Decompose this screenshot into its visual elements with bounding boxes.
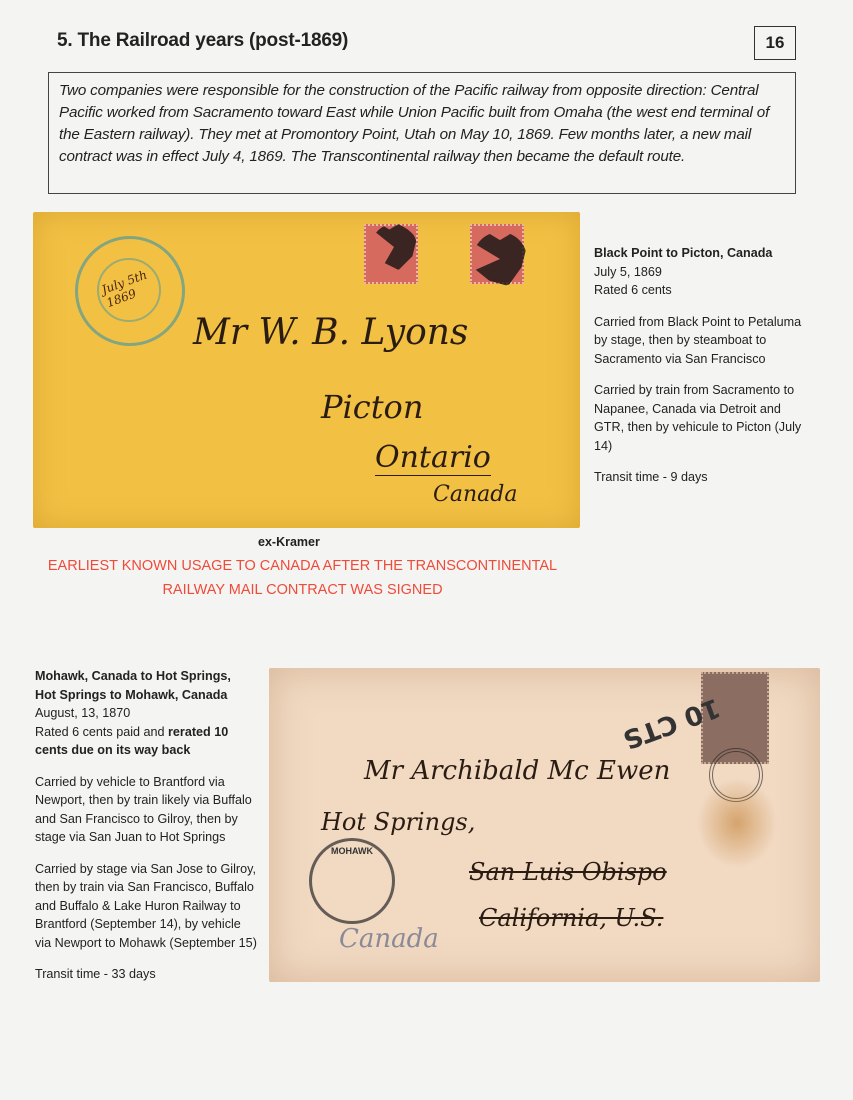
rate-plain: Rated 6 cents paid and (35, 725, 168, 739)
cover1-caption-route2: Carried by train from Sacramento to Napa… (594, 381, 809, 455)
mohawk-postmark: MOHAWK (309, 838, 395, 924)
cover-mohawk-envelope: 10 CTS MOHAWK Mr Archibald Mc Ewen Hot S… (269, 668, 820, 982)
page-title: 5. The Railroad years (post-1869) (57, 30, 348, 52)
headline-line-1: EARLIEST KNOWN USAGE TO CANADA AFTER THE… (30, 554, 575, 578)
address-line-4: Canada (433, 482, 517, 507)
address-note-pencil: Canada (339, 924, 439, 954)
address-line-4-struck: California, U.S. (479, 904, 663, 932)
address-line-3: Ontario (375, 440, 491, 476)
address-line-2: Picton (321, 388, 423, 426)
cover2-caption-route1: Carried by vehicle to Brantford via Newp… (35, 773, 257, 847)
cover1-caption-transit: Transit time - 9 days (594, 468, 809, 487)
address-line-2: Hot Springs, (321, 808, 475, 836)
cover1-caption-route1: Carried from Black Point to Petaluma by … (594, 313, 809, 369)
cover1-caption: Black Point to Picton, Canada July 5, 18… (594, 244, 809, 500)
cover1-caption-title: Black Point to Picton, Canada (594, 244, 809, 263)
cover2-caption-title-1: Mohawk, Canada to Hot Springs, (35, 667, 257, 686)
earliest-known-usage-headline: EARLIEST KNOWN USAGE TO CANADA AFTER THE… (30, 554, 575, 602)
address-line-1: Mr W. B. Lyons (193, 312, 468, 353)
cover1-caption-date: July 5, 1869 (594, 263, 809, 282)
cover2-caption-rate: Rated 6 cents paid and rerated 10 cents … (35, 723, 257, 760)
provenance-label: ex-Kramer (258, 535, 320, 549)
cover2-caption-route2: Carried by stage via San Jose to Gilroy,… (35, 860, 257, 953)
cover2-caption-title-2: Hot Springs to Mohawk, Canada (35, 686, 257, 705)
intro-text-box: Two companies were responsible for the c… (48, 72, 796, 194)
address-line-1: Mr Archibald Mc Ewen (364, 756, 670, 786)
cover2-caption-date: August, 13, 1870 (35, 704, 257, 723)
cover2-caption: Mohawk, Canada to Hot Springs, Hot Sprin… (35, 667, 257, 997)
cover-black-point-envelope: July 5th 1869 Mr W. B. Lyons Picton Onta… (33, 212, 580, 528)
address-line-3-struck: San Luis Obispo (469, 858, 667, 886)
headline-line-2: RAILWAY MAIL CONTRACT WAS SIGNED (30, 578, 575, 602)
cover2-caption-transit: Transit time - 33 days (35, 965, 257, 984)
stain-mark (697, 778, 777, 868)
cover1-caption-rate: Rated 6 cents (594, 281, 809, 300)
page-number: 16 (754, 26, 796, 60)
